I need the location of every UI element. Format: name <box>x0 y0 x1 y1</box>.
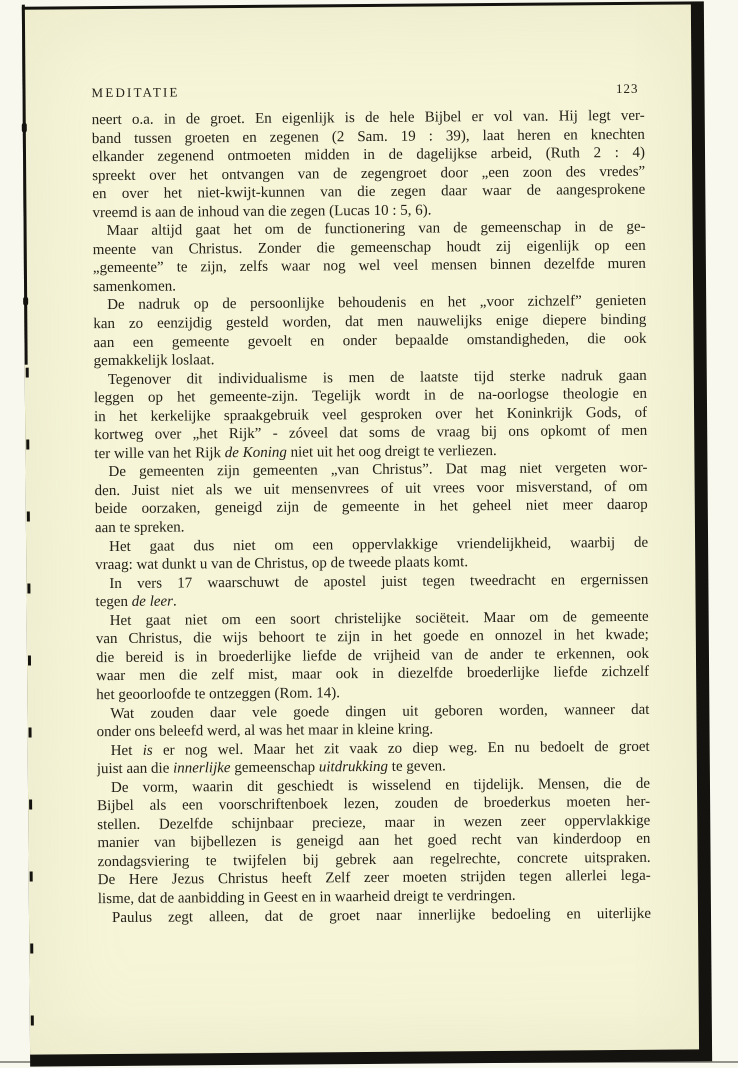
text-run: kortweg over „het Rijk” - zóveel dat som… <box>94 423 647 443</box>
text-run: De Here Jezus Christus heeft Zelf zeer m… <box>98 868 651 888</box>
text-run: Het <box>111 742 143 758</box>
text-run: Wat zouden daar vele goede dingen uit ge… <box>110 701 649 721</box>
italic-text-run: is <box>143 742 153 758</box>
scanned-book-page: MEDITATIE 123 neert o.a. in de groet. En… <box>0 0 738 1068</box>
text-run: onder ons beleefd werd, al was het maar … <box>96 722 433 741</box>
text-run: niet uit het oog dreigt te verliezen. <box>287 443 497 461</box>
page-body-text: neert o.a. in de groet. En eigenlijk is … <box>92 107 651 927</box>
text-run: leggen op het gemeente-zijn. Tegelijk wo… <box>94 386 647 406</box>
text-run: en over het niet-kwijt-kunnen van die ze… <box>92 182 645 202</box>
text-run: manier van bijbellezen is geneigd aan he… <box>97 831 650 851</box>
text-run: Paulus zegt alleen, dat de groet naar in… <box>112 905 651 925</box>
text-run: elkander zegenend ontmoeten midden in de… <box>92 145 645 165</box>
text-run: Het gaat dus niet om een oppervlakkige v… <box>109 534 648 554</box>
text-run: . <box>173 594 177 610</box>
text-run: neert o.a. in de groet. En eigenlijk is … <box>92 108 645 128</box>
text-run: kan zo eenzijdig gesteld worden, dat men… <box>93 312 646 332</box>
text-run: lisme, dat de aanbidding in Geest en in … <box>98 888 516 907</box>
text-run: van Christus, die wijs behoort te zijn i… <box>96 627 649 647</box>
italic-text-run: de leer <box>132 594 173 610</box>
text-run: waar men die zelf mist, maar ook in diez… <box>96 664 649 684</box>
text-run: ter wille van het Rijk <box>94 445 225 462</box>
text-run: te geven. <box>388 759 446 775</box>
text-run: aan een gemeente gevoelt en onder bepaal… <box>93 330 646 350</box>
italic-text-run: de Koning <box>225 444 287 460</box>
text-run: De gemeenten zijn gemeenten „van Christu… <box>108 460 647 480</box>
scan-tilt-wrapper: MEDITATIE 123 neert o.a. in de groet. En… <box>0 0 738 1068</box>
text-run: vraag: wat dunkt u van de Christus, op d… <box>95 554 468 573</box>
text-run: In vers 17 waarschuwt de apostel juist t… <box>109 571 648 591</box>
text-run: er nog wel. Maar het zit vaak zo diep we… <box>153 738 650 758</box>
text-run: gemeenschap <box>230 760 318 777</box>
page-number: 123 <box>616 81 645 97</box>
text-run: Maar altijd gaat het om de functionering… <box>107 219 646 239</box>
italic-text-run: innerlijke <box>173 760 231 776</box>
text-run: het geoorloofde te ontzeggen (Rom. 14). <box>96 685 340 703</box>
text-run: gemakkelijk loslaat. <box>94 352 215 369</box>
text-run: tegen <box>95 594 131 610</box>
text-run: „gemeente” te zijn, zelfs waar nog wel v… <box>93 256 646 276</box>
text-run: aan te spreken. <box>95 519 185 536</box>
text-run: juist aan die <box>97 761 173 778</box>
text-run: vreemd is aan de inhoud van die zegen (L… <box>92 202 431 221</box>
text-run: samenkomen. <box>93 278 176 295</box>
text-run: beide oorzaken, geneigd zijn de gemeente… <box>95 497 648 517</box>
running-title: MEDITATIE <box>91 84 179 101</box>
text-run: Bijbel als een voorschriftenboek lezen, … <box>97 794 650 814</box>
italic-text-run: uitdrukking <box>319 759 388 776</box>
